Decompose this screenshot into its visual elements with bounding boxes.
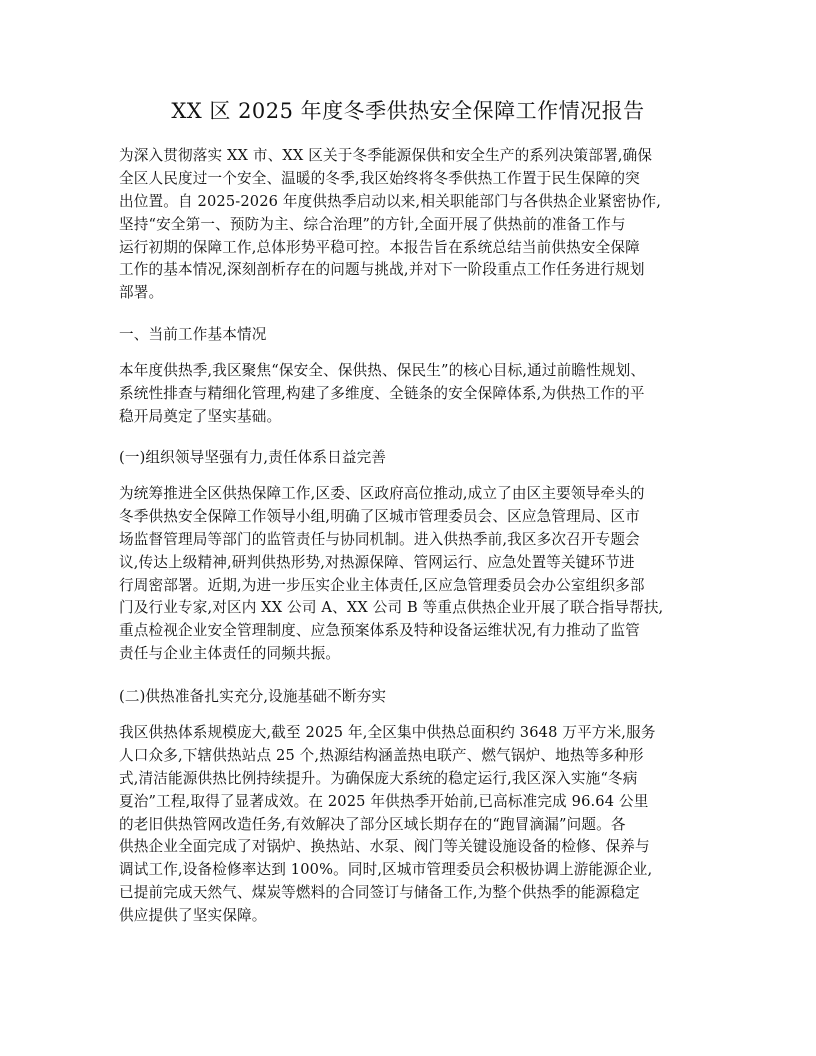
paragraph-line: 式,清洁能源供热比例持续提升。为确保庞大系统的稳定运行,我区深入实施“冬病 xyxy=(119,768,699,791)
leadership-paragraph: 为统筹推进全区供热保障工作,区委、区政府高位推动,成立了由区主要领导牵头的 冬季… xyxy=(119,483,699,666)
paragraph-line: 运行初期的保障工作,总体形势平稳可控。本报告旨在系统总结当前供热安全保障 xyxy=(119,237,699,260)
paragraph-line: 供热企业全面完成了对锅炉、换热站、水泵、阀门等关键设施设备的检修、保养与 xyxy=(119,836,699,859)
paragraph-line: 为深入贯彻落实 XX 市、XX 区关于冬季能源保供和安全生产的系列决策部署,确保 xyxy=(119,145,699,168)
subsection-heading-2: (二)供热准备扎实充分,设施基础不断夯实 xyxy=(119,686,699,709)
paragraph-line: 坚持“安全第一、预防为主、综合治理”的方针,全面开展了供热前的准备工作与 xyxy=(119,214,699,237)
subsection-heading-1: (一)组织领导坚强有力,责任体系日益完善 xyxy=(119,447,699,470)
paragraph-line: 场监督管理局等部门的监管责任与协同机制。进入供热季前,我区多次召开专题会 xyxy=(119,529,699,552)
paragraph-line: 本年度供热季,我区聚焦“保安全、保供热、保民生”的核心目标,通过前瞻性规划、 xyxy=(119,360,699,383)
paragraph-line: 门及行业专家,对区内 XX 公司 A、XX 公司 B 等重点供热企业开展了联合指… xyxy=(119,597,699,620)
paragraph-line: 供应提供了坚实保障。 xyxy=(119,905,699,928)
paragraph-line: 出位置。自 2025-2026 年度供热季启动以来,相关职能部门与各供热企业紧密… xyxy=(119,191,699,214)
paragraph-line: 行周密部署。近期,为进一步压实企业主体责任,区应急管理委员会办公室组织多部 xyxy=(119,575,699,598)
paragraph-line: 议,传达上级精神,研判供热形势,对热源保障、管网运行、应急处置等关键环节进 xyxy=(119,552,699,575)
paragraph-line: 稳开局奠定了坚实基础。 xyxy=(119,406,699,429)
paragraph-line: 的老旧供热管网改造任务,有效解决了部分区域长期存在的“跑冒滴漏”问题。各 xyxy=(119,814,699,837)
infrastructure-paragraph: 我区供热体系规模庞大,截至 2025 年,全区集中供热总面积约 3648 万平方… xyxy=(119,722,699,928)
heading-text: 一、当前工作基本情况 xyxy=(119,324,699,347)
heading-text: (一)组织领导坚强有力,责任体系日益完善 xyxy=(119,447,699,470)
heading-text: (二)供热准备扎实充分,设施基础不断夯实 xyxy=(119,686,699,709)
document-title: XX 区 2025 年度冬季供热安全保障工作情况报告 xyxy=(0,96,816,126)
paragraph-line: 部署。 xyxy=(119,282,699,305)
section-heading-1: 一、当前工作基本情况 xyxy=(119,324,699,347)
paragraph-line: 重点检视企业安全管理制度、应急预案体系及特种设备运维状况,有力推动了监管 xyxy=(119,620,699,643)
paragraph-line: 系统性排查与精细化管理,构建了多维度、全链条的安全保障体系,为供热工作的平 xyxy=(119,383,699,406)
paragraph-line: 为统筹推进全区供热保障工作,区委、区政府高位推动,成立了由区主要领导牵头的 xyxy=(119,483,699,506)
intro-paragraph: 为深入贯彻落实 XX 市、XX 区关于冬季能源保供和安全生产的系列决策部署,确保… xyxy=(119,145,699,305)
section-1-summary-paragraph: 本年度供热季,我区聚焦“保安全、保供热、保民生”的核心目标,通过前瞻性规划、 系… xyxy=(119,360,699,429)
document-page: XX 区 2025 年度冬季供热安全保障工作情况报告 为深入贯彻落实 XX 市、… xyxy=(0,0,816,1056)
paragraph-line: 夏治”工程,取得了显著成效。在 2025 年供热季开始前,已高标准完成 96.6… xyxy=(119,791,699,814)
paragraph-line: 已提前完成天然气、煤炭等燃料的合同签订与储备工作,为整个供热季的能源稳定 xyxy=(119,882,699,905)
paragraph-line: 工作的基本情况,深刻剖析存在的问题与挑战,并对下一阶段重点工作任务进行规划 xyxy=(119,259,699,282)
paragraph-line: 责任与企业主体责任的同频共振。 xyxy=(119,643,699,666)
paragraph-line: 全区人民度过一个安全、温暖的冬季,我区始终将冬季供热工作置于民生保障的突 xyxy=(119,168,699,191)
paragraph-line: 冬季供热安全保障工作领导小组,明确了区城市管理委员会、区应急管理局、区市 xyxy=(119,506,699,529)
paragraph-line: 我区供热体系规模庞大,截至 2025 年,全区集中供热总面积约 3648 万平方… xyxy=(119,722,699,745)
paragraph-line: 人口众多,下辖供热站点 25 个,热源结构涵盖热电联产、燃气锅炉、地热等多种形 xyxy=(119,745,699,768)
paragraph-line: 调试工作,设备检修率达到 100%。同时,区城市管理委员会积极协调上游能源企业, xyxy=(119,859,699,882)
